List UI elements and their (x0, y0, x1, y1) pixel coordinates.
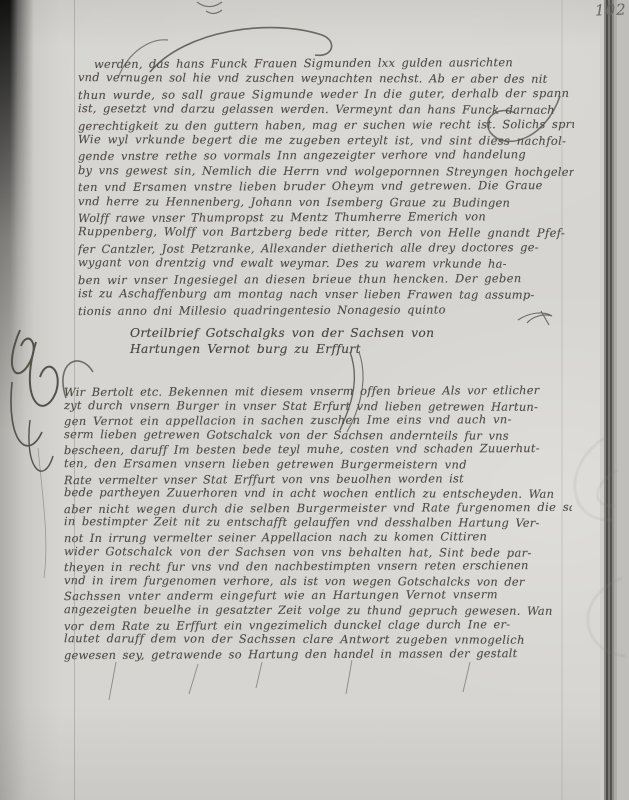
text-line: gewesen sey, getrawende so Hartung den h… (64, 646, 572, 663)
text-line: Ruppenberg, Wolff von Bartzberg bede rit… (78, 225, 574, 242)
text-line: gende vnstre rethe so vormals Inn angeze… (78, 147, 574, 165)
text-line: lautet daruff dem von der Sachssen clare… (64, 631, 572, 647)
text-line: tionis anno dni Millesio quadringentesio… (78, 301, 574, 319)
page-edge-line (617, 0, 629, 800)
text-line: angezeigten beuelhe in gesatzter Zeit vo… (64, 602, 572, 618)
text-line: ten, den Ersamen vnsern lieben getrewen … (64, 456, 572, 472)
page-edge-stack (600, 0, 629, 800)
text-line: gen Vernot ein appellacion in sachen zus… (64, 412, 572, 429)
text-line: vnd vernugen sol hie vnd zuschen weynach… (78, 71, 574, 88)
text-line: Wir Bertolt etc. Bekennen mit diesem vns… (64, 384, 572, 400)
binding-shadow (0, 0, 34, 430)
text-line: ten vnd Ersamen vnstre lieben bruder Ohe… (78, 178, 574, 196)
text-line: theyen in recht fur vns vnd den nachbest… (64, 558, 572, 575)
entry-heading-line1: Orteilbrief Gotschalgks von der Sachsen … (130, 326, 460, 342)
text-line: ist, gesetzt vnd darzu gelassen werden. … (78, 101, 574, 118)
text-line: bede partheyen Zuuerhoren vnd in acht wo… (64, 485, 572, 501)
folio-number: 102 (595, 0, 627, 19)
paragraph-first-text: werden, das hans Funck Frauen Sigmunden … (78, 56, 574, 322)
entry-heading-line2: Hartungen Vernot burg zu Erffurt (130, 342, 460, 358)
entry-heading: Orteilbrief Gotschalgks von der Sachsen … (130, 326, 460, 357)
text-line: ist zu Aschaffenburg am montag nach vnse… (78, 286, 574, 303)
text-line: wygant von drentzig vnd ewalt weymar. De… (78, 255, 574, 272)
paragraph-second-text: Wir Bertolt etc. Bekennen mit diesem vns… (64, 384, 572, 664)
manuscript-scan: 102 werden, das hans Funck Frauen Sigmun… (0, 0, 629, 800)
text-line: not In irrung vermelter seiner Appellaci… (64, 529, 572, 546)
